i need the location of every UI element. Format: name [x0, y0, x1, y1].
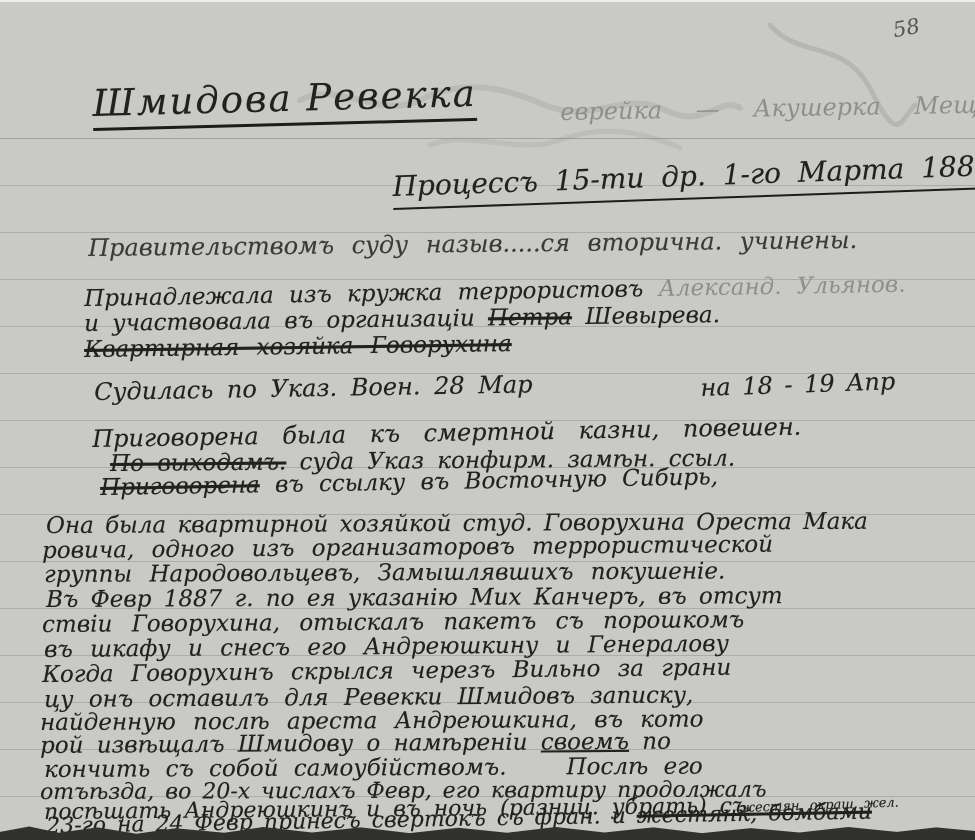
- process-title: Процессъ 15-ти др. 1-го Марта 1887: [392, 149, 975, 203]
- process-title-text: Процессъ 15-ти др. 1-го Марта 1887: [392, 149, 975, 210]
- line-segment: по: [629, 729, 671, 755]
- manuscript-page: 58 Шмидова Ревекка еврейка — Акушерка Ме…: [0, 0, 975, 840]
- line-segment: Послѣ его: [566, 754, 702, 781]
- line-segment-faded: Александ. Ульянов.: [658, 272, 905, 302]
- handwriting-line: Судилась по Указ. Воен. 28 Мар: [94, 370, 533, 406]
- struck-line: Квартирная хозяйка Говорухина: [84, 331, 512, 363]
- struck-text: Квартирная хозяйка Говорухина: [84, 331, 512, 363]
- struck-text: жестянк, бомбами: [637, 800, 873, 829]
- handwriting-line: на 18 - 19 Апр: [700, 367, 896, 402]
- subject-descriptor: еврейка — Акушерка Мещан.: [560, 90, 975, 126]
- scan-edge-top: [0, 0, 975, 2]
- handwriting-line: Правительствомъ суду назыв.....ся вторич…: [88, 226, 857, 262]
- struck-word: Петра: [488, 304, 572, 331]
- underlined-word: своемъ: [541, 729, 629, 756]
- struck-word: Приговорена: [100, 472, 260, 501]
- subject-name: Шмидова Ревекка: [92, 72, 477, 125]
- subject-name-text: Шмидова Ревекка: [92, 72, 477, 131]
- page-number: 58: [891, 14, 921, 42]
- line-segment: Шевырева.: [572, 302, 720, 330]
